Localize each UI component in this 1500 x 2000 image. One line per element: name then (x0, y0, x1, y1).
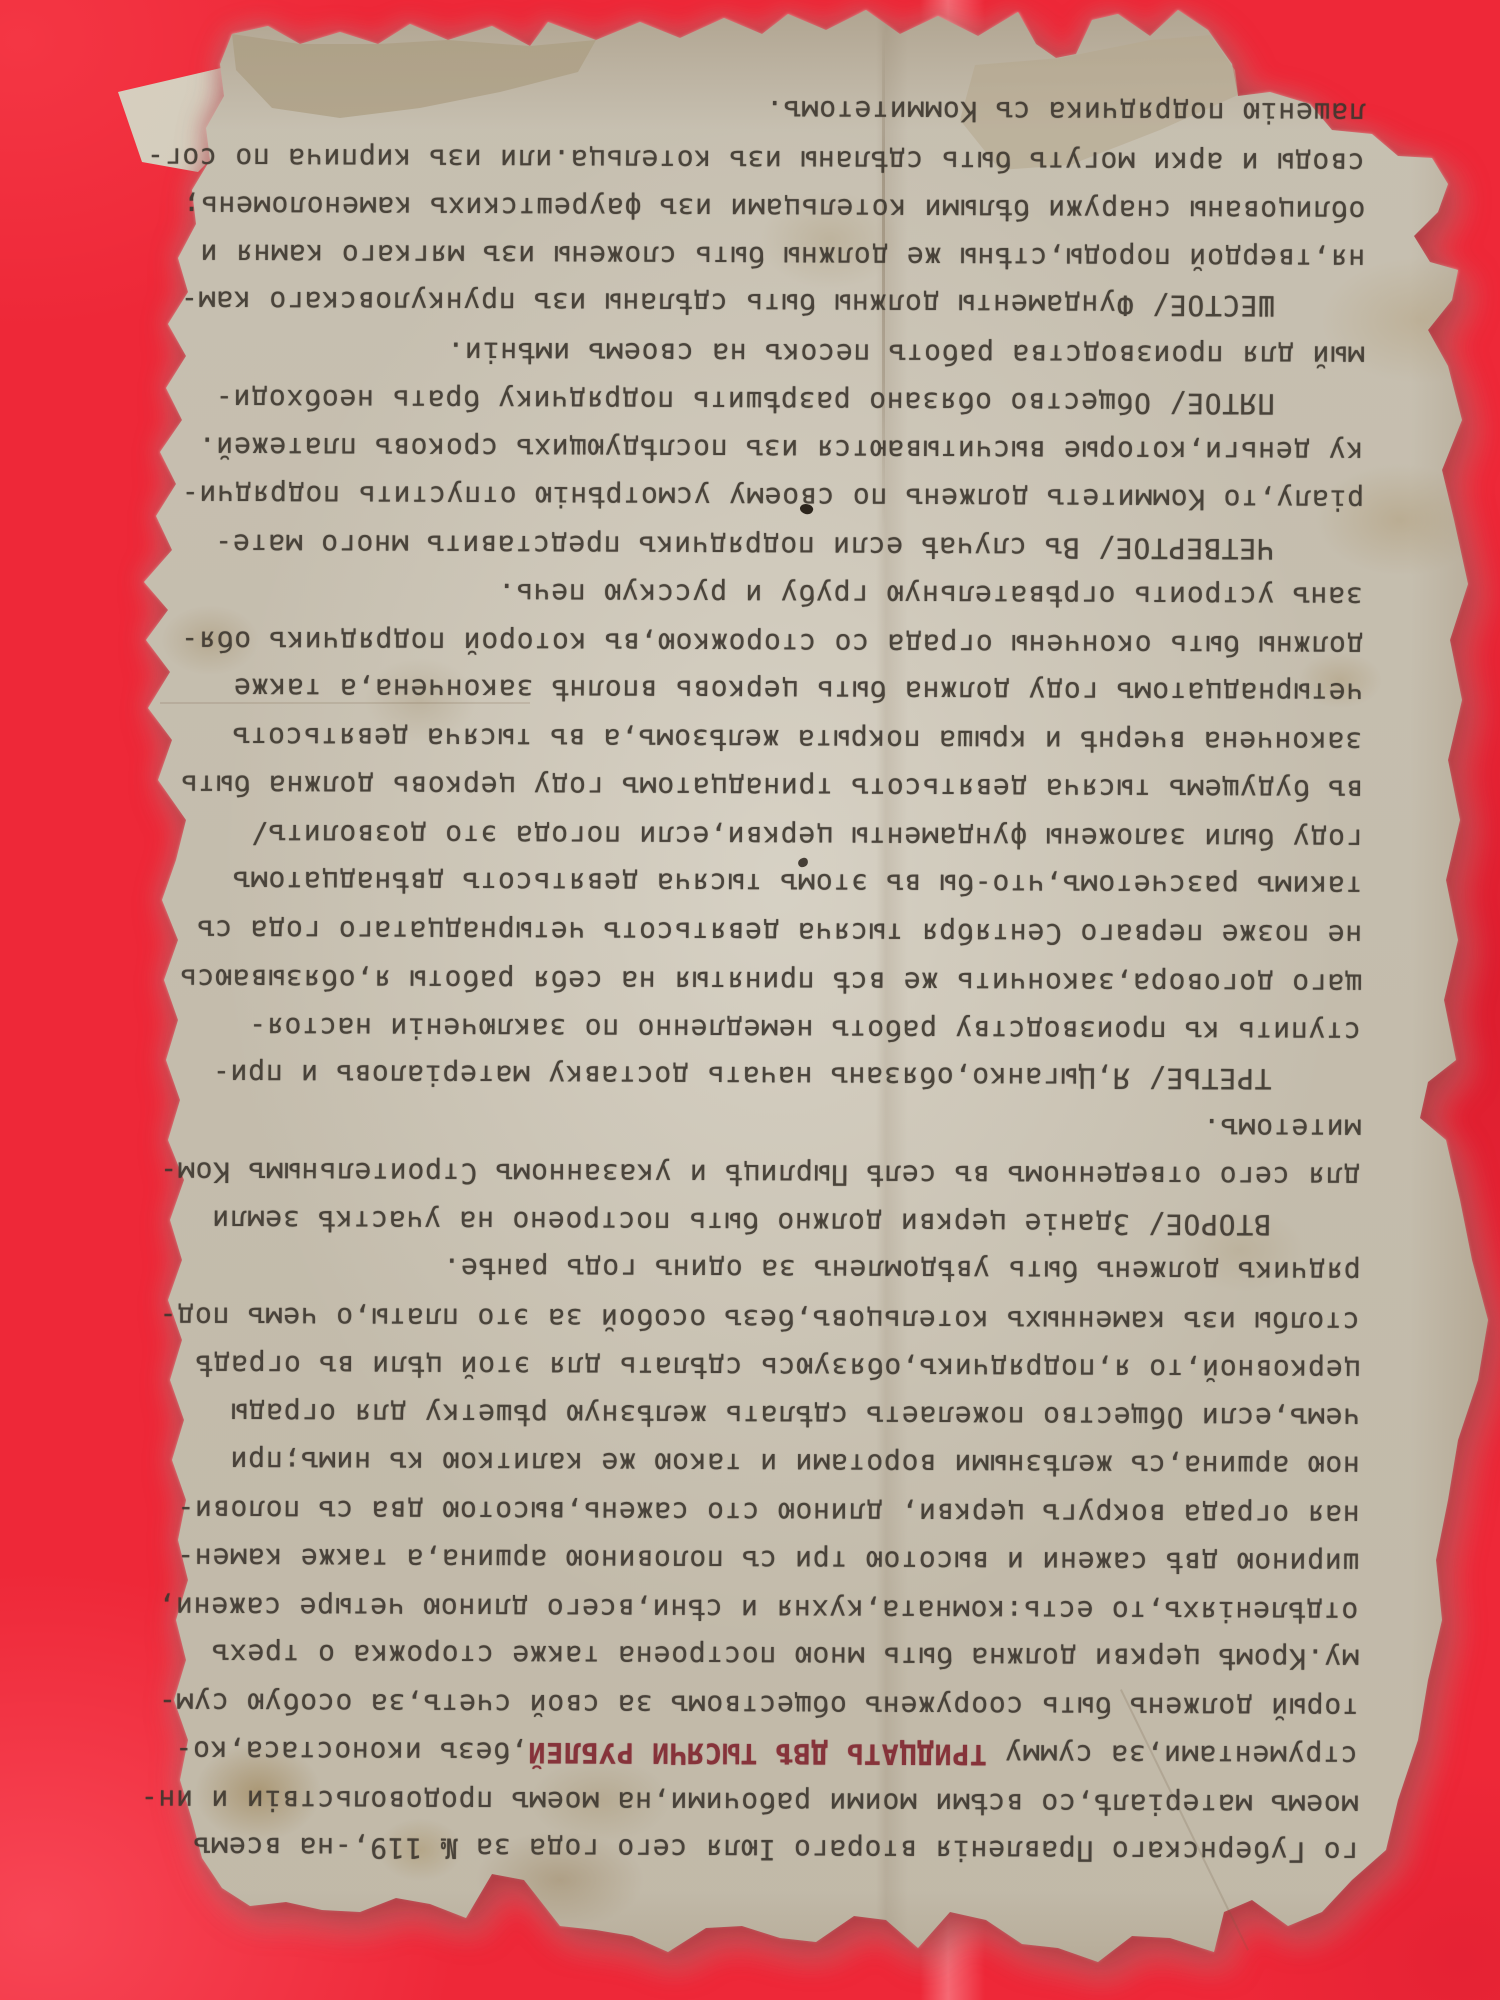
text-line: не позже перваго Сентября тысяча девятьс… (150, 905, 1362, 959)
text-line: струментами,за сумму ТРИДЦАТЬ ДВѢ ТЫСЯЧИ… (146, 1726, 1358, 1780)
text-line: церковной,то я,подрядчикъ,обязуюсь сдѣла… (148, 1340, 1360, 1394)
text-segment: струментами,за сумму (987, 1738, 1358, 1773)
text-line: занъ устроить огрѣвательную грубу и русс… (151, 567, 1363, 621)
typewritten-text-upside-down: го Губернскаго Правленія втораго Іюля се… (146, 79, 1396, 1884)
text-line: для сего отведенномъ въ селѣ Пырлицѣ и у… (148, 1147, 1360, 1201)
text-line: мый для производства работъ песокъ на св… (153, 326, 1365, 380)
text-line: должны быть окончены ограда со сторожкою… (151, 616, 1363, 670)
text-line: рядчикъ долженъ быть увѣдомленъ за одинъ… (149, 1242, 1361, 1296)
text-line: столбы изъ каменныхъ котельцовъ,безъ осо… (147, 1292, 1359, 1346)
text-line: митетомъ. (149, 1099, 1361, 1153)
text-segment: ,безъ иконостаса,ко- (175, 1735, 528, 1770)
text-line: ная ограда вокругъ церкви, длиною сто са… (148, 1485, 1360, 1539)
text-line: го Губернскаго Правленія втораго Іюля се… (146, 1822, 1358, 1876)
text-line: ЧЕТВЕРТОЕ/ Въ случаѣ если подрядчикъ пре… (152, 519, 1364, 573)
text-line: ку деньги,которые высчитываются изъ посл… (151, 422, 1363, 476)
text-line: торый долженъ быть сооруженъ обществомъ … (147, 1678, 1359, 1732)
text-line: своды и арки могутъ быть сдѣланы изъ кот… (152, 133, 1364, 187)
text-line: въ будущемъ тысяча девятьсотъ тринадцато… (151, 760, 1363, 814)
text-line: чемъ,если Общество пожелаетъ сдѣлать жел… (148, 1388, 1360, 1442)
photo-of-document: го Губернскаго Правленія втораго Іюля се… (0, 0, 1500, 2000)
text-line: шириною двѣ сажени и высотою три съ поло… (147, 1533, 1359, 1587)
text-line: ТРЕТЬЕ/ Я,Цыганко,обязанъ начать доставк… (149, 1049, 1361, 1103)
text-line: ВТОРОЕ/ Зданіе церкви должно быть постро… (149, 1195, 1361, 1249)
text-line: лашенію подрядчика съ Коммитетомъ. (154, 83, 1366, 137)
text-line: моемъ матеріалѣ,со всѣми моими рабочими,… (146, 1775, 1358, 1829)
text-line: четырнадцатомъ году должна быть церковь … (151, 663, 1363, 717)
text-line: ня,твердой породы,стѣны же должны быть с… (153, 229, 1365, 283)
text-line: закончена вчернѣ и крыша покрыта желѣзом… (150, 712, 1362, 766)
text-line: году были заложены фундаменты церкви,есл… (151, 809, 1363, 863)
emphasized-sum-text: ТРИДЦАТЬ ДВѢ ТЫСЯЧИ РУБЛЕЙ (528, 1736, 987, 1771)
text-line: отдѣленіяхъ,то есть:комната,кухня и сѣни… (146, 1581, 1358, 1635)
text-line: облицованы снаружи бѣлыми котельцами изъ… (153, 181, 1365, 235)
text-line: му.Кромѣ церкви должна быть мною построе… (147, 1629, 1359, 1683)
text-line: ною аршина,съ желѣзными воротами и такою… (148, 1436, 1360, 1490)
text-line: щаго договора,закончить же всѣ принятыя … (150, 954, 1362, 1008)
text-line: ПЯТОЕ/ Общество обязано разрѣшить подряд… (152, 374, 1364, 428)
text-line: ступить къ производству работъ немедленн… (149, 1002, 1361, 1056)
text-line: ШЕСТОЕ/ Фундаменты должны быть сдѣланы и… (153, 277, 1365, 331)
text-line: такимъ разсчетомъ,что-бы въ этомъ тысяча… (150, 856, 1362, 910)
text-line: ріалу,то Коммитетъ долженъ по своему усм… (152, 470, 1364, 524)
